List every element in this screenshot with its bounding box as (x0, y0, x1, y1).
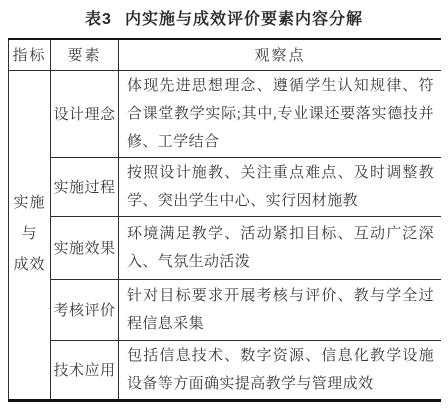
observation-cell: 按照设计施教、关注重点难点、及时调整教学、突出学生中心、实行因材施教 (119, 157, 442, 216)
element-cell: 技术应用 (51, 340, 119, 400)
observation-cell: 包括信息技术、数字资源、信息化教学设施设备等方面确实提高教学与管理成效 (119, 340, 442, 400)
observation-cell: 环境满足教学、活动紧扣目标、互动广泛深入、气氛生动活泼 (119, 216, 442, 279)
table-row: 实施过程 按照设计施教、关注重点难点、及时调整教学、突出学生中心、实行因材施教 (9, 157, 442, 216)
indicator-line: 与 (9, 219, 50, 250)
indicator-cell: 实施 与 成效 (9, 70, 51, 400)
evaluation-elements-table: 指标 要素 观察点 实施 与 成效 设计理念 体现先进思想理念、遵循学生认知规律… (8, 38, 441, 402)
table-row: 实施 与 成效 设计理念 体现先进思想理念、遵循学生认知规律、符合课堂教学实际;… (9, 70, 442, 157)
element-cell: 考核评价 (51, 279, 119, 340)
table-row: 考核评价 针对目标要求开展考核与评价、教与学全过程信息采集 (9, 279, 442, 340)
table-title: 表3内实施与成效评价要素内容分解 (0, 0, 448, 31)
scanned-paper-table-page: 表3内实施与成效评价要素内容分解 指标 要素 观察点 实施 与 成效 设计理念 (0, 0, 448, 418)
header-element: 要素 (51, 39, 119, 70)
table-row: 实施效果 环境满足教学、活动紧扣目标、互动广泛深入、气氛生动活泼 (9, 216, 442, 279)
header-row: 指标 要素 观察点 (9, 39, 442, 70)
header-indicator: 指标 (9, 39, 51, 70)
indicator-line: 实施 (9, 188, 50, 219)
element-cell: 实施效果 (51, 216, 119, 279)
header-observation: 观察点 (119, 39, 442, 70)
observation-cell: 体现先进思想理念、遵循学生认知规律、符合课堂教学实际;其中,专业课还要落实德技并… (119, 70, 442, 157)
indicator-line: 成效 (9, 250, 50, 281)
observation-cell: 针对目标要求开展考核与评价、教与学全过程信息采集 (119, 279, 442, 340)
table-row: 技术应用 包括信息技术、数字资源、信息化教学设施设备等方面确实提高教学与管理成效 (9, 340, 442, 400)
table-number: 表3 (85, 11, 112, 28)
table-title-text: 内实施与成效评价要素内容分解 (125, 11, 363, 28)
element-cell: 实施过程 (51, 157, 119, 216)
element-cell: 设计理念 (51, 70, 119, 157)
